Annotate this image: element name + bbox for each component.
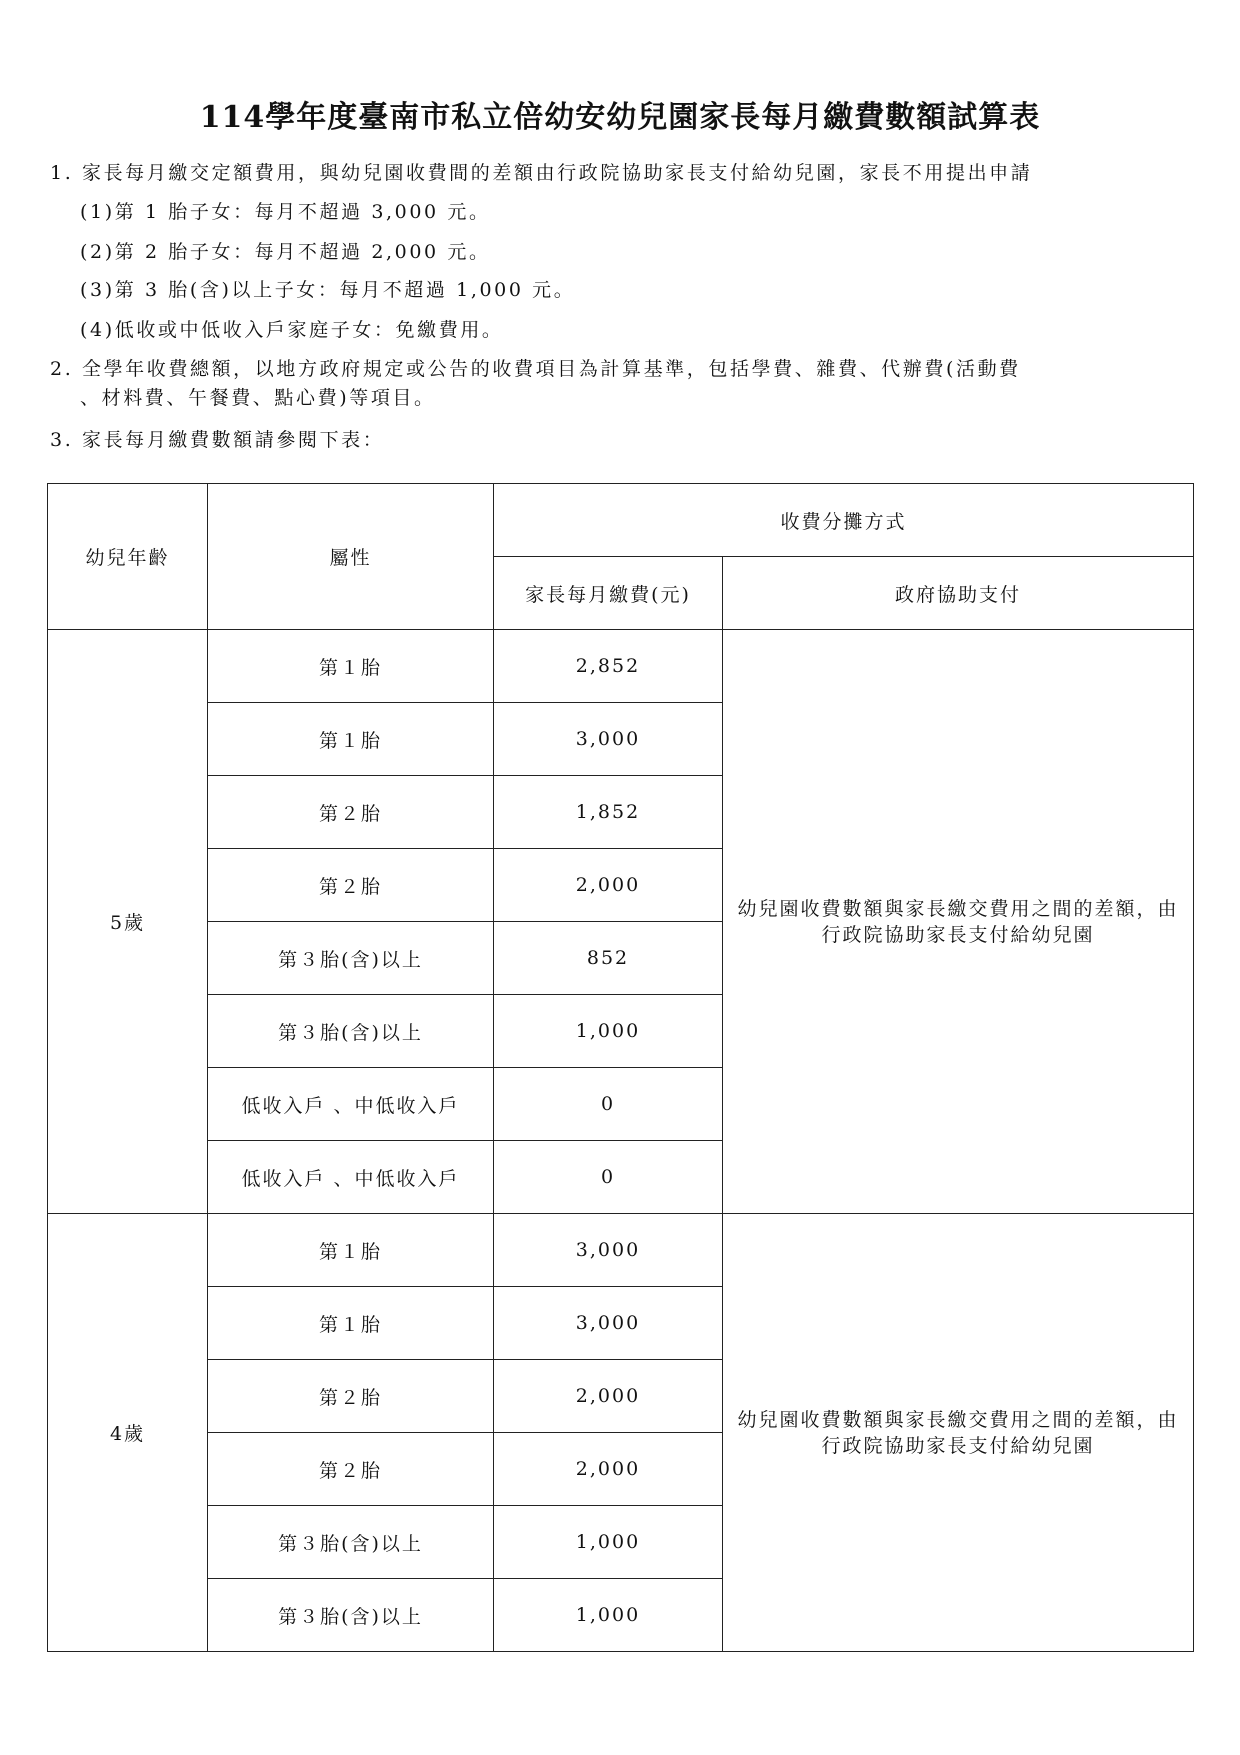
header-age: 幼兒年齡 bbox=[48, 484, 208, 630]
gov-support-note: 幼兒園收費數額與家長繳交費用之間的差額，由行政院協助家長支付給幼兒園 bbox=[723, 1214, 1194, 1652]
table-row: 4歲 第１胎 3,000 幼兒園收費數額與家長繳交費用之間的差額，由行政院協助家… bbox=[48, 1214, 1194, 1287]
note-2: 2. 全學年收費總額，以地方政府規定或公告的收費項目為計算基準，包括學費、雜費、… bbox=[50, 357, 1021, 381]
header-row-1: 幼兒年齡 屬性 收費分攤方式 bbox=[48, 484, 1194, 557]
age-cell: 4歲 bbox=[48, 1214, 208, 1652]
attribute-cell: 第１胎 bbox=[208, 1214, 494, 1287]
attribute-cell: 低收入戶 、中低收入戶 bbox=[208, 1141, 494, 1214]
fee-cell: 1,000 bbox=[494, 995, 723, 1068]
note-2-cont: 、材料費、午餐費、點心費)等項目。 bbox=[80, 386, 436, 410]
fee-cell: 0 bbox=[494, 1068, 723, 1141]
header-attribute: 屬性 bbox=[208, 484, 494, 630]
attribute-cell: 第３胎(含)以上 bbox=[208, 922, 494, 995]
note-1-4: (4)低收或中低收入戶家庭子女：免繳費用。 bbox=[80, 318, 504, 342]
note-3: 3. 家長每月繳費數額請參閱下表： bbox=[50, 428, 384, 452]
attribute-cell: 第２胎 bbox=[208, 849, 494, 922]
fee-cell: 2,000 bbox=[494, 1360, 723, 1433]
fee-cell: 2,852 bbox=[494, 630, 723, 703]
fee-cell: 3,000 bbox=[494, 1214, 723, 1287]
attribute-cell: 第２胎 bbox=[208, 776, 494, 849]
fee-cell: 3,000 bbox=[494, 703, 723, 776]
table-row: 5歲 第１胎 2,852 幼兒園收費數額與家長繳交費用之間的差額，由行政院協助家… bbox=[48, 630, 1194, 703]
fee-cell: 2,000 bbox=[494, 849, 723, 922]
header-parent-fee: 家長每月繳費(元) bbox=[494, 557, 723, 630]
attribute-cell: 第２胎 bbox=[208, 1433, 494, 1506]
fee-table: 幼兒年齡 屬性 收費分攤方式 家長每月繳費(元) 政府協助支付 5歲 第１胎 2… bbox=[47, 483, 1194, 1652]
attribute-cell: 第３胎(含)以上 bbox=[208, 995, 494, 1068]
page-title: 114學年度臺南市私立倍幼安幼兒園家長每月繳費數額試算表 bbox=[0, 92, 1240, 136]
attribute-cell: 第２胎 bbox=[208, 1360, 494, 1433]
fee-cell: 1,000 bbox=[494, 1579, 723, 1652]
attribute-cell: 第１胎 bbox=[208, 703, 494, 776]
note-1: 1. 家長每月繳交定額費用，與幼兒園收費間的差額由行政院協助家長支付給幼兒園，家… bbox=[50, 161, 1032, 185]
attribute-cell: 低收入戶 、中低收入戶 bbox=[208, 1068, 494, 1141]
header-gov-support: 政府協助支付 bbox=[723, 557, 1194, 630]
note-1-3: (3)第 3 胎(含)以上子女：每月不超過 1,000 元。 bbox=[80, 278, 575, 302]
gov-support-note: 幼兒園收費數額與家長繳交費用之間的差額，由行政院協助家長支付給幼兒園 bbox=[723, 630, 1194, 1214]
fee-cell: 1,000 bbox=[494, 1506, 723, 1579]
note-1-1: (1)第 1 胎子女：每月不超過 3,000 元。 bbox=[80, 200, 491, 224]
header-split-group: 收費分攤方式 bbox=[494, 484, 1194, 557]
fee-cell: 852 bbox=[494, 922, 723, 995]
age-cell: 5歲 bbox=[48, 630, 208, 1214]
fee-cell: 2,000 bbox=[494, 1433, 723, 1506]
note-1-2: (2)第 2 胎子女：每月不超過 2,000 元。 bbox=[80, 240, 491, 264]
fee-cell: 0 bbox=[494, 1141, 723, 1214]
attribute-cell: 第１胎 bbox=[208, 1287, 494, 1360]
fee-cell: 1,852 bbox=[494, 776, 723, 849]
attribute-cell: 第１胎 bbox=[208, 630, 494, 703]
attribute-cell: 第３胎(含)以上 bbox=[208, 1579, 494, 1652]
attribute-cell: 第３胎(含)以上 bbox=[208, 1506, 494, 1579]
fee-cell: 3,000 bbox=[494, 1287, 723, 1360]
